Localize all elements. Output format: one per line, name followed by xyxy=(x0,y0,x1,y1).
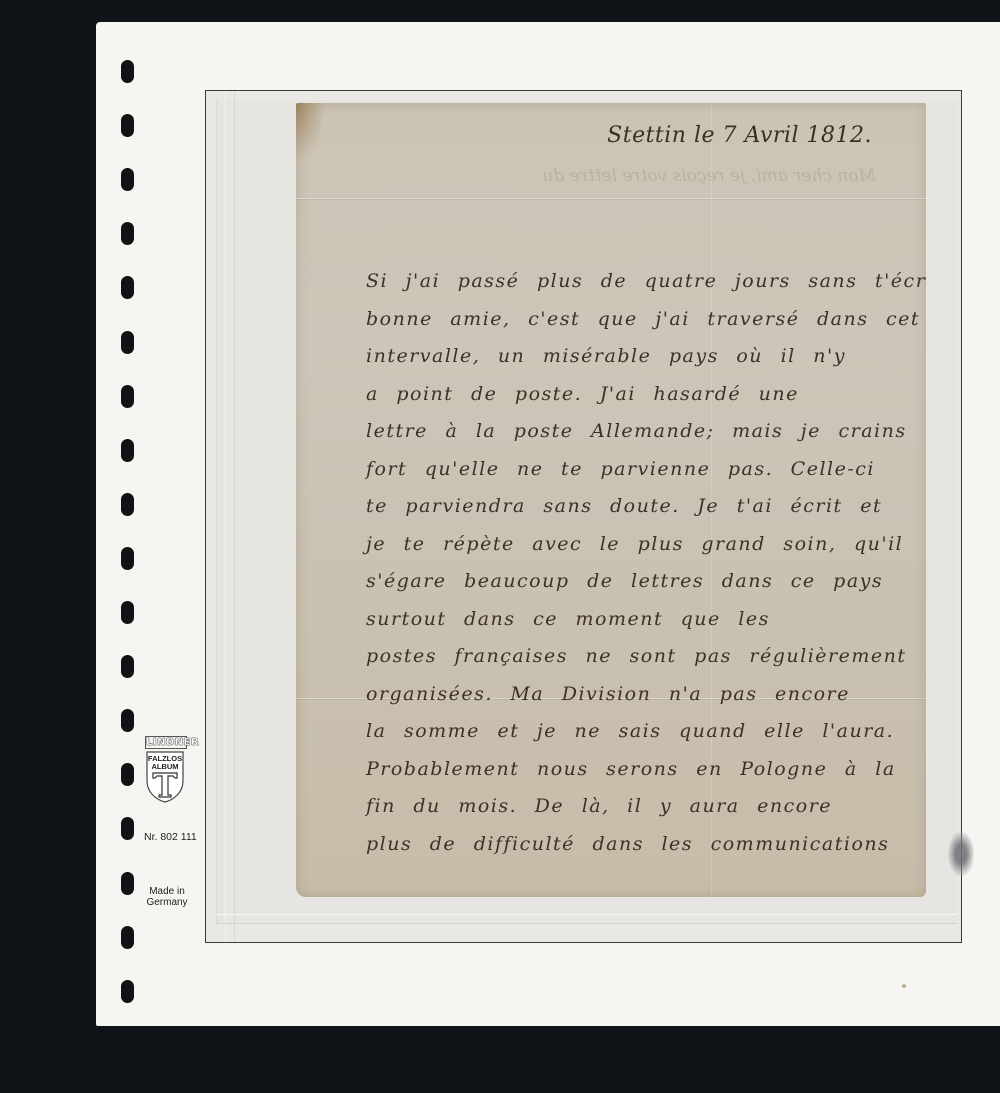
letter-1812: Mon cher ami, je reçois votre lettre du … xyxy=(296,103,926,897)
pocket-welt-strip xyxy=(225,91,235,942)
page-speck xyxy=(902,984,906,988)
logo-line-2: ALBUM xyxy=(145,763,185,771)
dateline: Stettin le 7 Avril 1812. xyxy=(607,123,872,148)
binding-hole xyxy=(121,709,134,732)
letter-line: s'égare beaucoup de lettres dans ce pays xyxy=(366,563,926,601)
binding-hole xyxy=(121,872,134,895)
binding-hole xyxy=(121,655,134,678)
binding-hole xyxy=(121,331,134,354)
binding-hole xyxy=(121,439,134,462)
binding-hole xyxy=(121,60,134,83)
pocket-bottom-welt xyxy=(216,914,957,924)
letter-line: bonne amie, c'est que j'ai traversé dans… xyxy=(366,301,926,339)
binding-hole xyxy=(121,601,134,624)
binding-hole xyxy=(121,114,134,137)
binding-hole xyxy=(121,926,134,949)
logo-brand-text: LINDNER xyxy=(145,736,187,749)
binding-hole xyxy=(121,547,134,570)
letter-line: postes françaises ne sont pas régulièrem… xyxy=(366,638,926,676)
lindner-logo: LINDNER FALZLOS ALBUM xyxy=(145,736,187,804)
letter-line: fort qu'elle ne te parvienne pas. Celle-… xyxy=(366,451,926,489)
letter-line: lettre à la poste Allemande; mais je cra… xyxy=(366,413,926,451)
shield-icon: FALZLOS ALBUM xyxy=(145,751,185,803)
binding-hole xyxy=(121,980,134,1003)
binding-hole xyxy=(121,493,134,516)
showthrough-text: Mon cher ami, je reçois votre lettre du xyxy=(336,161,876,191)
album-page: LINDNER FALZLOS ALBUM Nr. 802 111 Made i… xyxy=(96,22,1000,1026)
letter-line: te parviendra sans doute. Je t'ai écrit … xyxy=(366,488,926,526)
letter-body: Si j'ai passé plus de quatre jours sans … xyxy=(366,263,926,863)
fold-crease xyxy=(296,198,926,199)
product-number-text: Nr. 802 111 xyxy=(144,831,197,843)
origin-line-2: Germany xyxy=(146,897,188,908)
product-number: Nr. 802 111 xyxy=(120,831,197,843)
binding-hole xyxy=(121,763,134,786)
letter-line: intervalle, un misérable pays où il n'y xyxy=(366,338,926,376)
binding-hole xyxy=(121,168,134,191)
origin-line-1: Made in xyxy=(146,886,188,897)
origin-label: Made in Germany xyxy=(146,886,188,908)
letter-line: a point de poste. J'ai hasardé une xyxy=(366,376,926,414)
binding-hole xyxy=(121,222,134,245)
letter-line: surtout dans ce moment que les xyxy=(366,601,926,639)
binding-hole xyxy=(121,276,134,299)
letter-line: organisées. Ma Division n'a pas encore xyxy=(366,676,926,714)
letter-line: je te répète avec le plus grand soin, qu… xyxy=(366,526,926,564)
page-stain xyxy=(948,832,974,876)
letter-line: Si j'ai passé plus de quatre jours sans … xyxy=(366,263,926,301)
binding-hole xyxy=(121,385,134,408)
letter-line: Probablement nous serons en Pologne à la xyxy=(366,751,926,789)
letter-line: la somme et je ne sais quand elle l'aura… xyxy=(366,713,926,751)
letter-line: fin du mois. De là, il y aura encore xyxy=(366,788,926,826)
letter-line: plus de difficulté dans les communicatio… xyxy=(366,826,926,864)
